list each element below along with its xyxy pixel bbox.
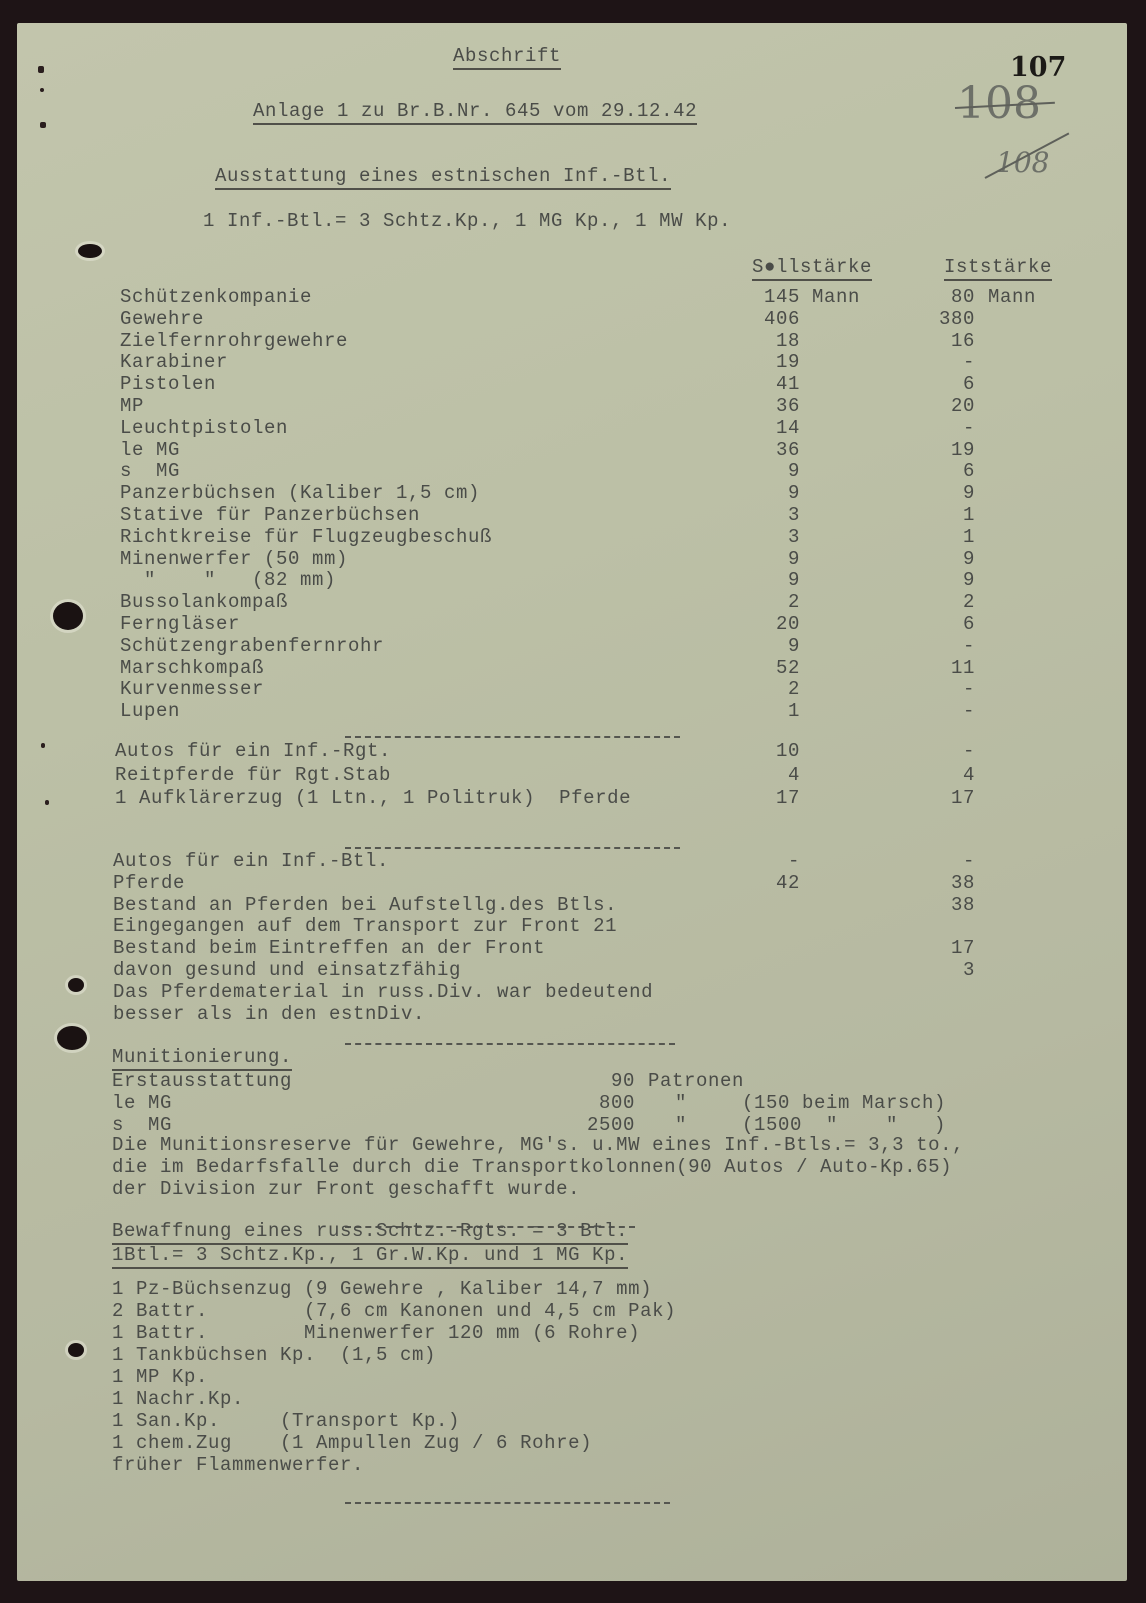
ist-value: 6 [895, 373, 975, 395]
russian-unit-row: 1 chem.Zug (1 Ampullen Zug / 6 Rohre) [112, 1432, 592, 1454]
pencil-page-number: 108 [996, 146, 1049, 179]
row-label: Pferde [113, 872, 185, 894]
ist-value: 6 [895, 460, 975, 482]
soll-value: 9 [720, 635, 800, 657]
russian-subheading: 1Btl.= 3 Schtz.Kp., 1 Gr.W.Kp. und 1 MG … [112, 1244, 628, 1269]
soll-value: - [720, 850, 800, 872]
punch-hole [57, 1026, 87, 1050]
row-label: Marschkompaß [120, 657, 264, 679]
ammo-heading: Munitionierung. [112, 1046, 292, 1071]
ammo-unit: Patronen [648, 1070, 744, 1092]
ist-value: 17 [895, 787, 975, 809]
row-label: Autos für ein Inf.-Btl. [113, 850, 389, 872]
soll-value: 18 [720, 330, 800, 352]
row-label: Das Pferdematerial in russ.Div. war bede… [113, 981, 653, 1003]
russian-unit-row: 1 Nachr.Kp. [112, 1388, 244, 1410]
russian-unit-row: 2 Battr. (7,6 cm Kanonen und 4,5 cm Pak) [112, 1300, 676, 1322]
row-label: Schützengrabenfernrohr [120, 635, 384, 657]
row-label: Lupen [120, 700, 180, 722]
ist-value: 380 [895, 308, 975, 330]
staple-hole [40, 122, 46, 128]
annex-reference: Anlage 1 zu Br.B.Nr. 645 vom 29.12.42 [253, 100, 697, 125]
ammo-unit: " [675, 1092, 687, 1114]
soll-value: 9 [720, 569, 800, 591]
row-label: Bestand beim Eintreffen an der Front [113, 937, 545, 959]
ammo-text-line: die im Bedarfsfalle durch die Transportk… [112, 1156, 952, 1178]
staple-hole [38, 66, 44, 73]
row-label: Bussolankompaß [120, 591, 288, 613]
russian-unit-row: 1 Battr. Minenwerfer 120 mm (6 Rohre) [112, 1322, 640, 1344]
row-label: Bestand an Pferden bei Aufstellg.des Btl… [113, 894, 617, 916]
row-label: Karabiner [120, 351, 228, 373]
ist-value: 9 [895, 482, 975, 504]
ammo-amount: 90 [555, 1070, 635, 1092]
punch-hole [68, 978, 84, 992]
ist-unit: Mann [988, 286, 1036, 308]
ist-value: 9 [895, 548, 975, 570]
soll-value: 41 [720, 373, 800, 395]
row-label: Zielfernrohrgewehre [120, 330, 348, 352]
row-label: " " (82 mm) [120, 569, 336, 591]
row-label: Reitpferde für Rgt.Stab [115, 764, 391, 786]
separator-line [345, 847, 680, 849]
russian-heading: Bewaffnung eines russ.Schtz.-Rgts. = 3 B… [112, 1220, 628, 1245]
ammo-label: Erstausstattung [112, 1070, 292, 1092]
soll-value: 2 [720, 591, 800, 613]
ammo-text-line: der Division zur Front geschafft wurde. [112, 1178, 580, 1200]
soll-value: 1 [720, 700, 800, 722]
ist-value: 17 [895, 937, 975, 959]
row-label: Eingegangen auf dem Transport zur Front … [113, 915, 617, 937]
row-label: Panzerbüchsen (Kaliber 1,5 cm) [120, 482, 480, 504]
ist-value: 38 [895, 894, 975, 916]
column-header-ist: Iststärke [944, 256, 1052, 281]
row-label: Richtkreise für Flugzeugbeschuß [120, 526, 492, 548]
soll-value: 3 [720, 504, 800, 526]
ist-value: - [895, 351, 975, 373]
ammo-unit: " [675, 1114, 687, 1136]
row-label: Stative für Panzerbüchsen [120, 504, 420, 526]
soll-value: 9 [720, 460, 800, 482]
row-label: le MG [120, 439, 180, 461]
soll-value: 36 [720, 395, 800, 417]
ist-value: 1 [895, 526, 975, 548]
ist-value: - [895, 678, 975, 700]
ist-value: 4 [895, 764, 975, 786]
ist-value: 6 [895, 613, 975, 635]
row-label: Leuchtpistolen [120, 417, 288, 439]
paper-speck [45, 800, 49, 805]
russian-unit-row: 1 San.Kp. (Transport Kp.) [112, 1410, 460, 1432]
ist-value: 3 [895, 959, 975, 981]
punch-hole [68, 1343, 84, 1357]
row-label: Gewehre [120, 308, 204, 330]
russian-unit-row: 1 Tankbüchsen Kp. (1,5 cm) [112, 1344, 436, 1366]
ist-value: 20 [895, 395, 975, 417]
soll-value: 406 [720, 308, 800, 330]
soll-value: 52 [720, 657, 800, 679]
ist-value: - [895, 635, 975, 657]
russian-unit-row: 1 Pz-Büchsenzug (9 Gewehre , Kaliber 14,… [112, 1278, 652, 1300]
punch-hole [53, 602, 83, 630]
soll-value: 9 [720, 548, 800, 570]
row-label: besser als in den estnDiv. [113, 1003, 425, 1025]
russian-unit-row: früher Flammenwerfer. [112, 1454, 364, 1476]
ist-value: 9 [895, 569, 975, 591]
row-label: 1 Aufklärerzug (1 Ltn., 1 Politruk) Pfer… [115, 787, 631, 809]
separator-line [345, 1043, 675, 1045]
row-label: Minenwerfer (50 mm) [120, 548, 348, 570]
ist-value: 2 [895, 591, 975, 613]
ist-value: - [895, 740, 975, 762]
soll-value: 36 [720, 439, 800, 461]
separator-line [345, 1502, 670, 1504]
soll-value: 9 [720, 482, 800, 504]
row-label: Autos für ein Inf.-Rgt. [115, 740, 391, 762]
soll-value: 14 [720, 417, 800, 439]
ammo-text-line: Die Munitionsreserve für Gewehre, MG's. … [112, 1134, 964, 1156]
row-label: Schützenkompanie [120, 286, 312, 308]
ammo-amount: 800 [555, 1092, 635, 1114]
ist-value: 19 [895, 439, 975, 461]
ist-value: - [895, 850, 975, 872]
ist-value: 16 [895, 330, 975, 352]
ist-value: 1 [895, 504, 975, 526]
ist-value: 80 [895, 286, 975, 308]
soll-value: 3 [720, 526, 800, 548]
soll-value: 17 [720, 787, 800, 809]
ist-value: - [895, 700, 975, 722]
staple-hole [40, 88, 44, 92]
row-label: MP [120, 395, 144, 417]
ammo-label: le MG [112, 1092, 172, 1114]
ist-value: 11 [895, 657, 975, 679]
soll-value: 10 [720, 740, 800, 762]
soll-value: 20 [720, 613, 800, 635]
soll-value: 42 [720, 872, 800, 894]
ist-value: 38 [895, 872, 975, 894]
row-label: Pistolen [120, 373, 216, 395]
soll-value: 145 [720, 286, 800, 308]
punch-hole [78, 244, 102, 258]
ammo-note: (1500 " " ) [742, 1114, 946, 1136]
row-label: s MG [120, 460, 180, 482]
copy-title: Abschrift [453, 45, 561, 70]
soll-value: 4 [720, 764, 800, 786]
paper-speck [41, 743, 45, 748]
soll-unit: Mann [812, 286, 860, 308]
document-subject: Ausstattung eines estnischen Inf.-Btl. [215, 165, 671, 190]
soll-value: 2 [720, 678, 800, 700]
russian-unit-row: 1 MP Kp. [112, 1366, 208, 1388]
ammo-label: s MG [112, 1114, 172, 1136]
column-header-soll: S●llstärke [752, 256, 872, 281]
soll-value: 19 [720, 351, 800, 373]
row-label: davon gesund und einsatzfähig [113, 959, 461, 981]
ammo-note: (150 beim Marsch) [742, 1092, 946, 1114]
ist-value: - [895, 417, 975, 439]
battalion-composition: 1 Inf.-Btl.= 3 Schtz.Kp., 1 MG Kp., 1 MW… [203, 210, 731, 232]
separator-line [345, 736, 680, 738]
ammo-amount: 2500 [555, 1114, 635, 1136]
row-label: Kurvenmesser [120, 678, 264, 700]
row-label: Ferngläser [120, 613, 240, 635]
